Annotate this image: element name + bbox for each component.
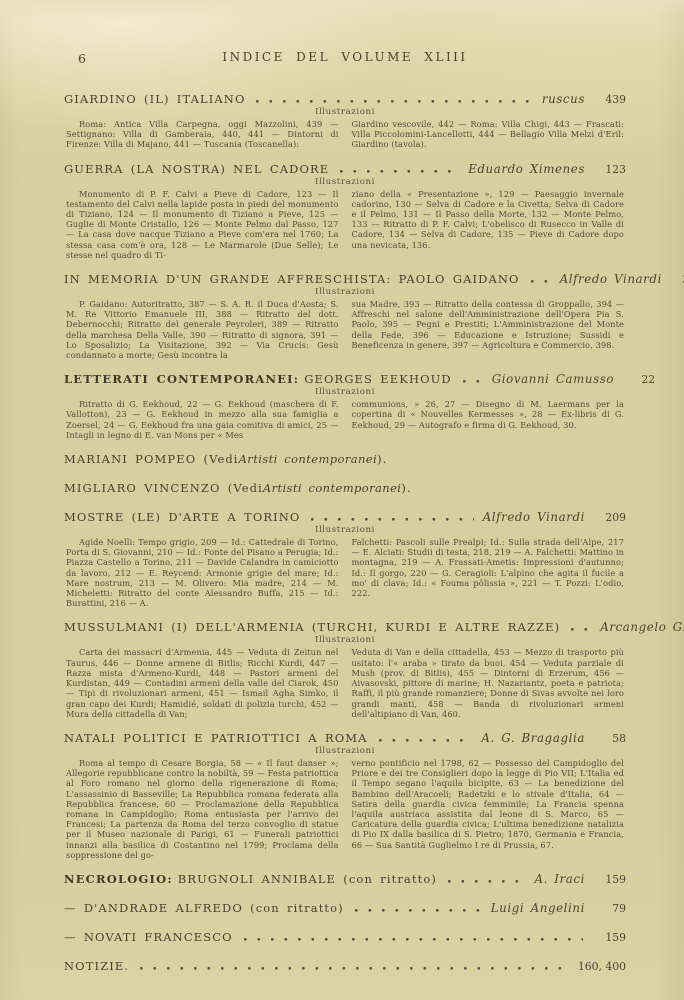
entry-author: ruscus	[542, 92, 585, 106]
illustrations-column-left: P. Gaidano: Autoritratto, 387 — S. A. R.…	[66, 299, 339, 360]
entry-heading: GIARDINO (IL) ITALIANO ruscus 439	[64, 92, 626, 106]
entry-title-bold: LETTERATI CONTEMPORANEI:	[64, 372, 299, 386]
entry-heading: MOSTRE (LE) D'ARTE A TORINO Alfredo Vina…	[64, 510, 626, 524]
entry-title: BRUGNOLI ANNIBALE (con ritratto)	[178, 872, 437, 886]
entry-title: NATALI POLITICI E PATRIOTTICI A ROMA	[64, 731, 368, 745]
entry-page-number: 159	[592, 931, 626, 944]
index-entry-notizie: NOTIZIE. 160, 400	[64, 959, 626, 973]
illustrations-column-right: Giardino vescovile, 442 — Roma: Villa Ch…	[352, 119, 625, 150]
dot-leader	[140, 967, 569, 970]
entry-page-number: 58	[592, 732, 626, 745]
dot-leader	[311, 518, 473, 521]
index-entry-migliaro: MIGLIARO VINCENZO (Vedi Artisti contempo…	[64, 481, 626, 495]
illustrations-column-right: communions, » 26, 27 — Disegno di M. Lae…	[352, 399, 625, 440]
illustrations-column-left: Roma al tempo di Cesare Borgia, 58 — « I…	[66, 758, 339, 860]
index-entry-dandrade: — D'ANDRADE ALFREDO (con ritratto) Luigi…	[64, 901, 626, 915]
illustrations-column-right: Veduta di Van e della cittadella, 453 — …	[352, 647, 625, 718]
index-entry-novati: — NOVATI FRANCESCO 159	[64, 930, 626, 944]
illustrations-label: Illustrazioni	[64, 387, 626, 397]
entry-title: MIGLIARO VINCENZO (Vedi	[64, 481, 263, 495]
entry-author: Luigi Angelini	[491, 901, 585, 915]
entry-page-number: 209	[592, 511, 626, 524]
entry-author: Alfredo Vinardi	[483, 510, 585, 524]
entry-title: GIARDINO (IL) ITALIANO	[64, 92, 245, 106]
illustrations-column-right: sua Madre, 393 — Ritratto della contessa…	[352, 299, 625, 360]
dot-leader	[244, 938, 583, 941]
entry-title-italic: Artisti contemporanei	[263, 481, 402, 495]
entry-heading: — D'ANDRADE ALFREDO (con ritratto) Luigi…	[64, 901, 626, 915]
illustrations-label: Illustrazioni	[64, 746, 626, 756]
entry-heading: GUERRA (LA NOSTRA) NEL CADORE Eduardo Xi…	[64, 162, 626, 176]
index-entry-in-memoria: IN MEMORIA D'UN GRANDE AFFRESCHISTA: PAO…	[64, 272, 626, 360]
entry-page-number: 79	[592, 902, 626, 915]
entry-page-number: 160, 400	[578, 960, 626, 973]
dot-leader	[256, 100, 532, 103]
entry-heading: — NOVATI FRANCESCO 159	[64, 930, 626, 944]
entry-author: A. G. Bragaglia	[481, 731, 585, 745]
dot-leader	[463, 380, 483, 383]
illustrations-columns: P. Gaidano: Autoritratto, 387 — S. A. R.…	[64, 299, 626, 360]
illustrations-label: Illustrazioni	[64, 287, 626, 297]
illustrations-columns: Agide Noelli: Tempo grigio, 209 — Id.: C…	[64, 537, 626, 608]
dot-leader	[340, 170, 459, 173]
index-entry-letterati: LETTERATI CONTEMPORANEI: GEORGES EEKHOUD…	[64, 372, 626, 440]
entry-page-number: 22	[621, 373, 655, 386]
entry-page-number: 387	[669, 273, 684, 286]
entry-title: MOSTRE (LE) D'ARTE A TORINO	[64, 510, 300, 524]
illustrations-column-left: Agide Noelli: Tempo grigio, 209 — Id.: C…	[66, 537, 339, 608]
illustrations-columns: Monumento di P. F. Calvi a Pieve di Cado…	[64, 189, 626, 260]
illustrations-label: Illustrazioni	[64, 177, 626, 187]
illustrations-columns: Roma al tempo di Cesare Borgia, 58 — « I…	[64, 758, 626, 860]
entry-page-number: 159	[592, 873, 626, 886]
illustrations-label: Illustrazioni	[64, 635, 626, 645]
dot-leader	[379, 739, 473, 742]
illustrations-columns: Ritratto di G. Eekhoud, 22 — G. Eekhoud …	[64, 399, 626, 440]
illustrations-column-right: ziano della « Presentazione », 129 — Pae…	[352, 189, 625, 260]
illustrations-column-left: Roma: Antica Villa Carpegna, oggi Mazzol…	[66, 119, 339, 150]
illustrations-column-left: Carta dei massacri d'Armenia, 445 — Vedu…	[66, 647, 339, 718]
dot-leader	[531, 280, 551, 283]
index-entry-guerra: GUERRA (LA NOSTRA) NEL CADORE Eduardo Xi…	[64, 162, 626, 260]
entry-title: MARIANI POMPEO (Vedi	[64, 452, 239, 466]
dot-leader	[571, 628, 591, 631]
entry-heading: NECROLOGIO: BRUGNOLI ANNIBALE (con ritra…	[64, 872, 626, 886]
index-entry-mariani: MARIANI POMPEO (Vedi Artisti contemporan…	[64, 452, 626, 466]
entry-title: GUERRA (LA NOSTRA) NEL CADORE	[64, 162, 329, 176]
page-title: INDICE DEL VOLUME XLIII	[64, 50, 626, 64]
illustrations-column-left: Monumento di P. F. Calvi a Pieve di Cado…	[66, 189, 339, 260]
entry-title-bold: NECROLOGIO:	[64, 872, 173, 886]
entry-title-end: ).	[377, 452, 387, 466]
entry-title-end: ).	[401, 481, 411, 495]
entry-page-number: 123	[592, 163, 626, 176]
page-header: 6 INDICE DEL VOLUME XLIII	[64, 50, 626, 68]
entry-title: IN MEMORIA D'UN GRANDE AFFRESCHISTA: PAO…	[64, 272, 520, 286]
entry-heading: IN MEMORIA D'UN GRANDE AFFRESCHISTA: PAO…	[64, 272, 626, 286]
illustrations-label: Illustrazioni	[64, 107, 626, 117]
entry-author: Eduardo Ximenes	[468, 162, 585, 176]
index-entry-natali: NATALI POLITICI E PATRIOTTICI A ROMA A. …	[64, 731, 626, 860]
index-entry-necrologio: NECROLOGIO: BRUGNOLI ANNIBALE (con ritra…	[64, 872, 626, 886]
entry-heading: MUSSULMANI (I) DELL'ARMENIA (TURCHI, KUR…	[64, 620, 626, 634]
entry-author: Giovanni Camusso	[492, 372, 614, 386]
entry-title: — NOVATI FRANCESCO	[64, 930, 233, 944]
dot-leader	[448, 880, 526, 883]
illustrations-label: Illustrazioni	[64, 525, 626, 535]
entry-heading: MIGLIARO VINCENZO (Vedi Artisti contempo…	[64, 481, 626, 495]
entry-title: GEORGES EEKHOUD	[304, 372, 452, 386]
index-entry-mussulmani: MUSSULMANI (I) DELL'ARMENIA (TURCHI, KUR…	[64, 620, 626, 718]
scanned-index-page: 6 INDICE DEL VOLUME XLIII GIARDINO (IL) …	[0, 0, 684, 973]
entry-author: Arcangelo Ghisleri	[600, 620, 684, 634]
entry-heading: MARIANI POMPEO (Vedi Artisti contemporan…	[64, 452, 626, 466]
illustrations-columns: Carta dei massacri d'Armenia, 445 — Vedu…	[64, 647, 626, 718]
dot-leader	[355, 909, 482, 912]
index-entry-mostre: MOSTRE (LE) D'ARTE A TORINO Alfredo Vina…	[64, 510, 626, 608]
illustrations-column-right: verno pontificio nel 1798, 62 — Possesso…	[352, 758, 625, 860]
entry-heading: NATALI POLITICI E PATRIOTTICI A ROMA A. …	[64, 731, 626, 745]
entry-heading: LETTERATI CONTEMPORANEI: GEORGES EEKHOUD…	[64, 372, 626, 386]
entry-heading: NOTIZIE. 160, 400	[64, 959, 626, 973]
entry-author: Alfredo Vinardi	[560, 272, 662, 286]
entry-title-italic: Artisti contemporanei	[239, 452, 378, 466]
entry-title: — D'ANDRADE ALFREDO (con ritratto)	[64, 901, 344, 915]
folio-number: 6	[78, 51, 86, 66]
entry-page-number: 439	[592, 93, 626, 106]
entry-title: NOTIZIE.	[64, 959, 129, 973]
index-entry-giardino: GIARDINO (IL) ITALIANO ruscus 439 Illust…	[64, 92, 626, 150]
entry-author: A. Iraci	[534, 872, 585, 886]
illustrations-columns: Roma: Antica Villa Carpegna, oggi Mazzol…	[64, 119, 626, 150]
illustrations-column-left: Ritratto di G. Eekhoud, 22 — G. Eekhoud …	[66, 399, 339, 440]
illustrations-column-right: Falchetti: Pascoli sulle Prealpi; Id.: S…	[352, 537, 625, 608]
entry-title: MUSSULMANI (I) DELL'ARMENIA (TURCHI, KUR…	[64, 620, 560, 634]
